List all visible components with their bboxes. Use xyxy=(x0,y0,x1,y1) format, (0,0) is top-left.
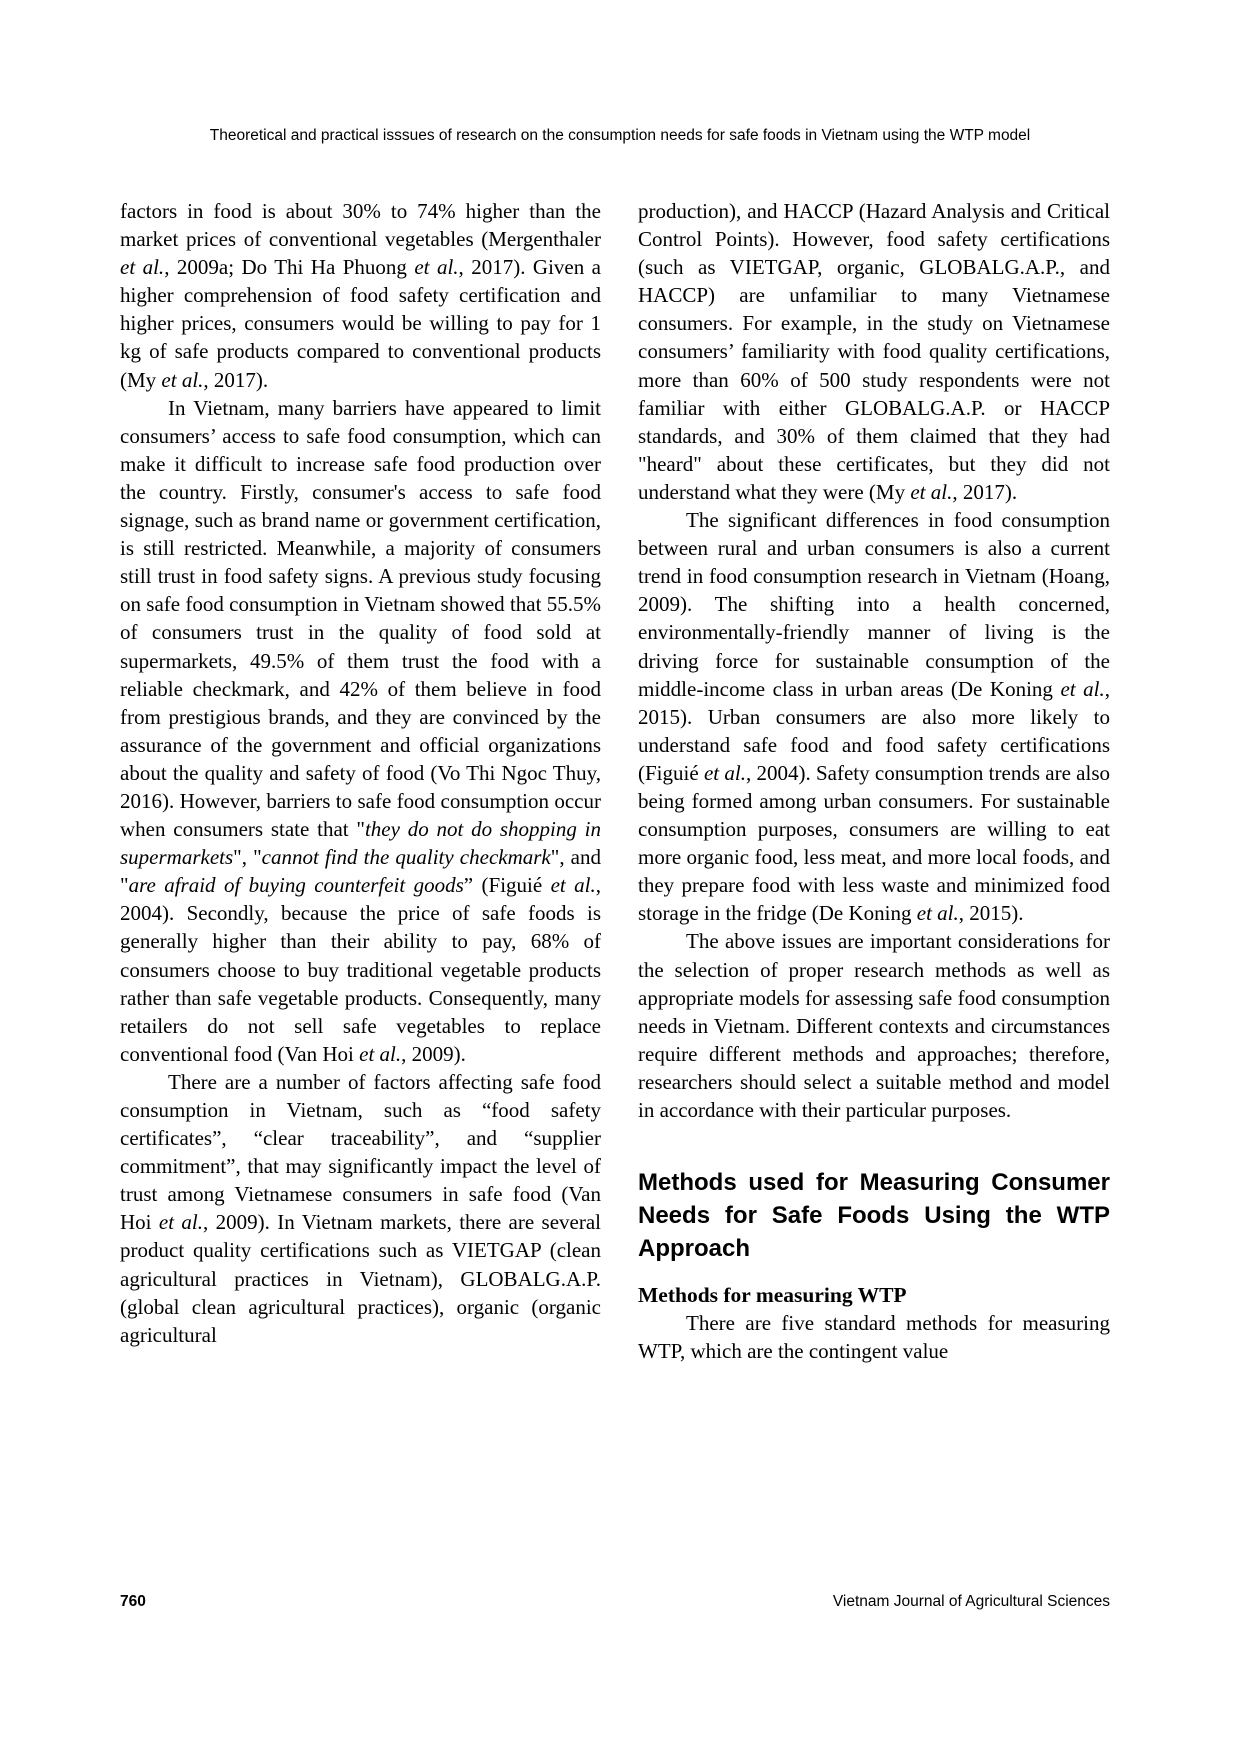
right-column: production), and HACCP (Hazard Analysis … xyxy=(638,197,1110,1365)
paragraph: The significant differences in food cons… xyxy=(638,506,1110,927)
paragraph: There are five standard methods for meas… xyxy=(638,1309,1110,1365)
left-column: factors in food is about 30% to 74% high… xyxy=(120,197,601,1349)
journal-name: Vietnam Journal of Agricultural Sciences xyxy=(833,1593,1110,1611)
running-head: Theoretical and practical isssues of res… xyxy=(124,126,1116,145)
subsection-heading: Methods for measuring WTP xyxy=(638,1281,1110,1309)
paragraph: In Vietnam, many barriers have appeared … xyxy=(120,394,601,1068)
paragraph: production), and HACCP (Hazard Analysis … xyxy=(638,197,1110,506)
section-heading: Methods used for Measuring Consumer Need… xyxy=(638,1166,1110,1265)
paper-page: Theoretical and practical isssues of res… xyxy=(0,0,1240,1754)
paragraph: The above issues are important considera… xyxy=(638,927,1110,1124)
paragraph: factors in food is about 30% to 74% high… xyxy=(120,197,601,394)
paragraph: There are a number of factors affecting … xyxy=(120,1068,601,1349)
page-number: 760 xyxy=(120,1593,146,1611)
